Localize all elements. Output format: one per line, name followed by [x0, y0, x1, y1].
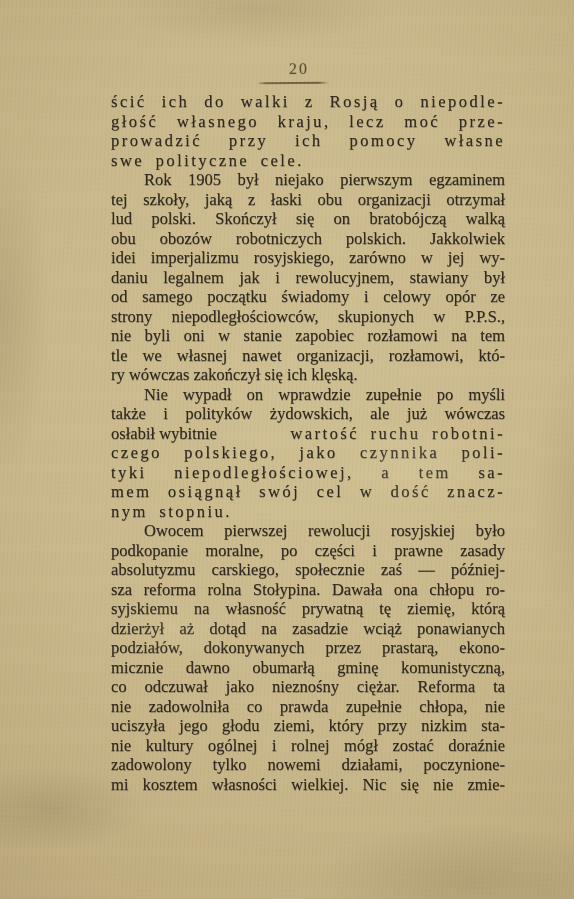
text-line: osłabił wybitniewartość ruchu robotni- [111, 424, 505, 444]
text-line: podkopanie moralne, po części i prawne z… [111, 541, 505, 561]
text-line: Owocem pierwszej rewolucji rosyjskiej by… [111, 521, 505, 541]
text-line: tej szkoły, jaką z łaski obu organizacji… [111, 190, 505, 210]
emphasized-text-segment: prowadzić przy ich pomocy własne [111, 131, 505, 150]
text-block: ścić ich do walki z Rosją o niepodle-gło… [111, 92, 505, 794]
text-segment: od samego początku świadomy i celowy opó… [111, 287, 505, 306]
text-segment: uciszyła jego głodu ziemi, który przy ni… [111, 716, 505, 735]
text-line: co odczuwał jako nieznośny ciężar. Refor… [111, 677, 505, 697]
text-line: dzierżył aż dotąd na zasadzie wciąż pona… [111, 619, 505, 639]
text-segment: Owocem pierwszej rewolucji rosyjskiej by… [144, 521, 505, 540]
text-line: mi kosztem własności wielkiej. Nic się n… [111, 775, 505, 795]
text-line: ścić ich do walki z Rosją o niepodle- [111, 92, 505, 112]
text-segment: osłabił wybitnie [111, 424, 217, 444]
text-line: strony niepodległościowców, skupionych w… [111, 307, 505, 327]
text-line: zadowolony tylko nowemi działami, poczyn… [111, 755, 505, 775]
text-segment: sza reforma rolna Stołypina. Dawała ona … [111, 580, 505, 599]
text-line: podziałów, dokonywanych przez prastarą, … [111, 638, 505, 658]
emphasized-text-segment: nym stopniu. [111, 502, 232, 521]
text-segment: tej szkoły, jaką z łaski obu organizacji… [111, 190, 505, 209]
text-segment: obu obozów robotniczych polskich. Jakkol… [111, 229, 505, 248]
text-line: tyki niepodległościowej, a tem sa- [111, 463, 505, 483]
text-line: syjskiemu na własność prywatną tę ziemię… [111, 599, 505, 619]
text-segment: Nie wypadł on wprawdzie zupełnie po myśl… [144, 385, 505, 404]
emphasized-text-segment: wartość ruchu robotni- [290, 424, 505, 444]
text-segment: lud polski. Skończył się on bratobójczą … [111, 209, 505, 228]
text-line: nie byli oni w stanie zapobiec rozłamowi… [111, 326, 505, 346]
text-segment: dzierżył aż dotąd na zasadzie wciąż pona… [111, 619, 505, 638]
text-segment: idei imperjalizmu rosyjskiego, zarówno w… [111, 248, 505, 267]
text-segment: co odczuwał jako nieznośny ciężar. Refor… [111, 677, 505, 696]
text-segment: daniu legalnem jak i rewolucyjnem, stawi… [111, 268, 505, 287]
text-line: nym stopniu. [111, 502, 505, 522]
page-number: 20 [269, 61, 329, 79]
text-line: lud polski. Skończył się on bratobójczą … [111, 209, 505, 229]
emphasized-text-segment: tyki niepodległościowej, a tem sa- [111, 463, 505, 482]
text-line: nie zadowolniła co prawda zupełnie chłop… [111, 697, 505, 717]
text-line: nie kultury ogólnej i rolnej mógł zostać… [111, 736, 505, 756]
text-line: ry wówczas zakończył się ich klęską. [111, 365, 505, 385]
emphasized-text-segment: czego polskiego, jako czynnika poli- [111, 443, 505, 462]
text-segment: strony niepodległościowców, skupionych w… [111, 307, 505, 326]
text-line: obu obozów robotniczych polskich. Jakkol… [111, 229, 505, 249]
emphasized-text-segment: ścić ich do walki z Rosją o niepodle- [111, 92, 505, 111]
emphasized-text-segment: głość własnego kraju, lecz moć prze- [111, 112, 505, 131]
text-segment: podziałów, dokonywanych przez prastarą, … [111, 638, 505, 657]
text-segment: nie byli oni w stanie zapobiec rozłamowi… [111, 326, 505, 345]
text-line: micznie dawno obumarłą gminę komunistycz… [111, 658, 505, 678]
scanned-book-page: 20 ścić ich do walki z Rosją o niepodle-… [0, 0, 574, 899]
text-segment: syjskiemu na własność prywatną tę ziemię… [111, 599, 505, 618]
text-line: głość własnego kraju, lecz moć prze- [111, 112, 505, 132]
page-header: 20 [0, 59, 574, 91]
text-segment: ry wówczas zakończył się ich klęską. [111, 365, 358, 384]
text-segment: Rok 1905 był niejako pierwszym egzaminem [144, 170, 505, 189]
emphasized-text-segment: mem osiągnął swój cel w dość znacz- [111, 482, 505, 501]
text-segment: podkopanie moralne, po części i prawne z… [111, 541, 505, 560]
page-number-underline [257, 82, 329, 85]
text-line: absolutyzmu carskiego, społecznie zaś — … [111, 560, 505, 580]
text-line: Nie wypadł on wprawdzie zupełnie po myśl… [111, 385, 505, 405]
text-line: tle we własnej nawet organizacji, rozłam… [111, 346, 505, 366]
text-line: prowadzić przy ich pomocy własne [111, 131, 505, 151]
text-line: daniu legalnem jak i rewolucyjnem, stawi… [111, 268, 505, 288]
text-line: także i polityków żydowskich, ale już wó… [111, 404, 505, 424]
text-line: czego polskiego, jako czynnika poli- [111, 443, 505, 463]
text-line: od samego początku świadomy i celowy opó… [111, 287, 505, 307]
text-line: Rok 1905 był niejako pierwszym egzaminem [111, 170, 505, 190]
text-line: uciszyła jego głodu ziemi, który przy ni… [111, 716, 505, 736]
text-segment: zadowolony tylko nowemi działami, poczyn… [111, 755, 505, 774]
text-line: mem osiągnął swój cel w dość znacz- [111, 482, 505, 502]
text-segment: także i polityków żydowskich, ale już wó… [111, 404, 505, 423]
text-segment: nie zadowolniła co prawda zupełnie chłop… [111, 697, 505, 716]
text-segment: mi kosztem własności wielkiej. Nic się n… [111, 775, 505, 794]
text-segment: tle we własnej nawet organizacji, rozłam… [111, 346, 505, 365]
text-segment: absolutyzmu carskiego, społecznie zaś — … [111, 560, 505, 579]
text-line: idei imperjalizmu rosyjskiego, zarówno w… [111, 248, 505, 268]
emphasized-text-segment: swe polityczne cele. [111, 151, 304, 170]
text-segment: micznie dawno obumarłą gminę komunistycz… [111, 658, 505, 677]
text-segment: nie kultury ogólnej i rolnej mógł zostać… [111, 736, 505, 755]
text-line: swe polityczne cele. [111, 151, 505, 171]
text-line: sza reforma rolna Stołypina. Dawała ona … [111, 580, 505, 600]
